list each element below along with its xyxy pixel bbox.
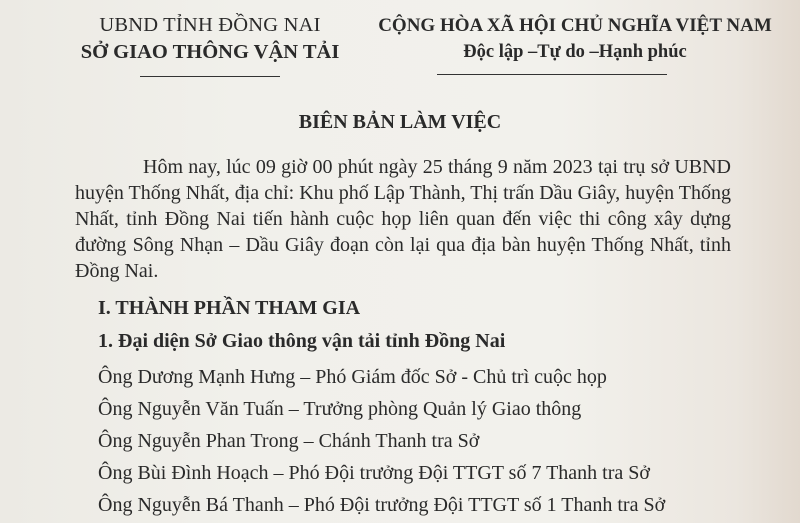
header-right-underline (437, 74, 667, 75)
participant-item: Ông Dương Mạnh Hưng – Phó Giám đốc Sở - … (98, 361, 665, 393)
agency-parent: UBND TỈNH ĐỒNG NAI (60, 12, 360, 39)
subsection-heading-department: 1. Đại diện Sở Giao thông vận tải tỉnh Đ… (98, 330, 505, 353)
participant-item: Ông Bùi Đình Hoạch – Phó Đội trưởng Đội … (98, 457, 665, 489)
participant-item: Ông Nguyễn Văn Tuấn – Trưởng phòng Quản … (98, 393, 665, 425)
section-heading-participants: I. THÀNH PHẦN THAM GIA (98, 297, 360, 320)
intro-paragraph: Hôm nay, lúc 09 giờ 00 phút ngày 25 thán… (75, 154, 731, 284)
header-left-underline (140, 76, 280, 77)
document-page: UBND TỈNH ĐỒNG NAI SỞ GIAO THÔNG VẬN TẢI… (0, 0, 800, 523)
participant-item: Ông Nguyễn Phan Trong – Chánh Thanh tra … (98, 425, 665, 457)
participant-item: Ông Nguyễn Bá Thanh – Phó Đội trưởng Đội… (98, 489, 665, 521)
participant-list: Ông Dương Mạnh Hưng – Phó Giám đốc Sở - … (98, 361, 665, 521)
national-motto-header: CỘNG HÒA XÃ HỘI CHỦ NGHĨA VIỆT NAM Độc l… (360, 12, 790, 75)
document-title: BIÊN BẢN LÀM VIỆC (0, 111, 800, 134)
national-motto: Độc lập –Tự do –Hạnh phúc (360, 39, 790, 66)
national-title: CỘNG HÒA XÃ HỘI CHỦ NGHĨA VIỆT NAM (360, 12, 790, 39)
issuing-agency-header: UBND TỈNH ĐỒNG NAI SỞ GIAO THÔNG VẬN TẢI (60, 12, 360, 77)
agency-name: SỞ GIAO THÔNG VẬN TẢI (60, 39, 360, 66)
